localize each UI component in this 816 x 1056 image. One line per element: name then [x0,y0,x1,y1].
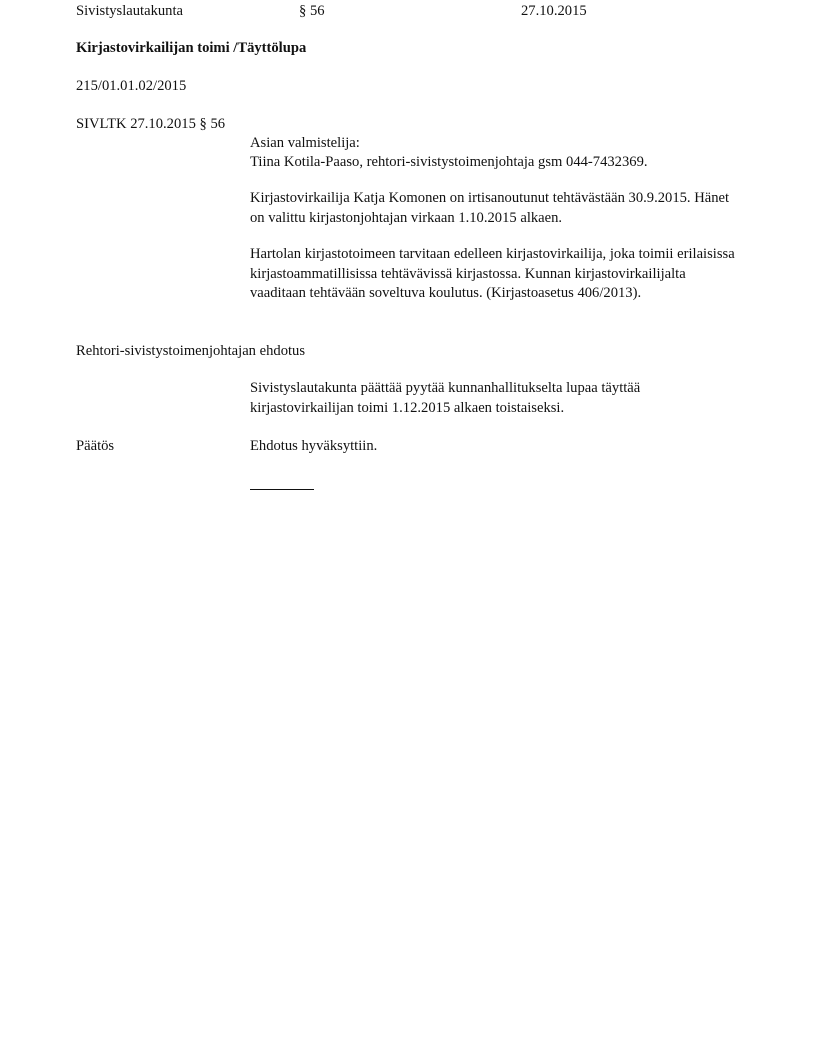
document-title: Kirjastovirkailijan toimi /Täyttölupa [76,39,306,58]
preparer-label: Asian valmistelija: [250,134,360,153]
proposal-label: Rehtori-sivistystoimenjohtajan ehdotus [76,342,305,361]
end-rule [250,489,314,490]
decision-text: Ehdotus hyväksyttiin. [250,437,377,456]
board-name: Sivistyslautakunta [76,2,183,21]
preparer-name: Tiina Kotila-Paaso, rehtori-sivistystoim… [250,153,648,172]
meeting-reference: SIVLTK 27.10.2015 § 56 [76,115,225,134]
proposal-text: Sivistyslautakunta päättää pyytää kunnan… [250,379,700,418]
section-number: § 56 [299,2,325,21]
paragraph-resignation: Kirjastovirkailija Katja Komonen on irti… [250,189,740,228]
decision-label: Päätös [76,437,114,456]
record-number: 215/01.01.02/2015 [76,77,186,96]
paragraph-need: Hartolan kirjastotoimeen tarvitaan edell… [250,245,742,304]
meeting-date: 27.10.2015 [521,2,587,21]
